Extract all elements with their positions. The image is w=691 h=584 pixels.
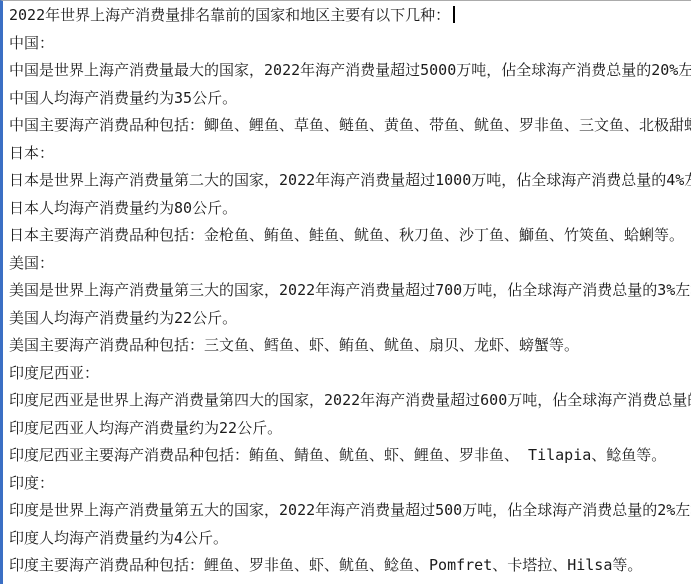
text-line: 日本主要海产消费品种包括：金枪鱼、鲔鱼、鲑鱼、鱿鱼、秋刀鱼、沙丁鱼、鰤鱼、竹筴鱼… (9, 222, 689, 250)
text-line: 美国是世界上海产消费量第三大的国家，2022年海产消费量超过700万吨，佔全球海… (9, 277, 689, 305)
line-text: 印度： (9, 474, 54, 492)
line-text: 中国是世界上海产消费量最大的国家，2022年海产消费量超过5000万吨，佔全球海… (9, 61, 691, 79)
text-line: 中国是世界上海产消费量最大的国家，2022年海产消费量超过5000万吨，佔全球海… (9, 57, 689, 85)
text-line: 中国： (9, 30, 689, 58)
text-line: 2022年世界上海产消费量排名靠前的国家和地区主要有以下几种： (9, 2, 689, 30)
line-text: 中国： (9, 34, 54, 52)
text-line: 日本是世界上海产消费量第二大的国家，2022年海产消费量超过1000万吨，佔全球… (9, 167, 689, 195)
line-text: 印度尼西亚是世界上海产消费量第四大的国家，2022年海产消费量超过600万吨，佔… (9, 391, 691, 409)
line-text: 日本是世界上海产消费量第二大的国家，2022年海产消费量超过1000万吨，佔全球… (9, 171, 691, 189)
line-text: 美国： (9, 254, 54, 272)
line-text: 印度尼西亚主要海产消费品种包括：鲔鱼、鲭鱼、鱿鱼、虾、鲤鱼、罗非鱼、 Tilap… (9, 446, 666, 464)
line-text: 印度是世界上海产消费量第五大的国家，2022年海产消费量超过500万吨，佔全球海… (9, 501, 691, 519)
text-line: 印度： (9, 470, 689, 498)
text-line: 日本： (9, 140, 689, 168)
text-line: 中国人均海产消费量约为35公斤。 (9, 85, 689, 113)
line-text: 日本： (9, 144, 54, 162)
line-text: 美国主要海产消费品种包括：三文鱼、鳕鱼、虾、鲔鱼、鱿鱼、扇贝、龙虾、螃蟹等。 (9, 336, 579, 354)
text-line: 日本人均海产消费量约为80公斤。 (9, 195, 689, 223)
line-text: 印度尼西亚人均海产消费量约为22公斤。 (9, 419, 282, 437)
text-line: 印度尼西亚主要海产消费品种包括：鲔鱼、鲭鱼、鱿鱼、虾、鲤鱼、罗非鱼、 Tilap… (9, 442, 689, 470)
text-line: 印度是世界上海产消费量第五大的国家，2022年海产消费量超过500万吨，佔全球海… (9, 497, 689, 525)
text-line: 中国主要海产消费品种包括：鲫鱼、鲤鱼、草鱼、鲢鱼、黄鱼、带鱼、鱿鱼、罗非鱼、三文… (9, 112, 689, 140)
line-text: 印度尼西亚： (9, 364, 99, 382)
line-text: 美国是世界上海产消费量第三大的国家，2022年海产消费量超过700万吨，佔全球海… (9, 281, 691, 299)
text-line: 印度尼西亚是世界上海产消费量第四大的国家，2022年海产消费量超过600万吨，佔… (9, 387, 689, 415)
text-line: 印度主要海产消费品种包括：鲤鱼、罗非鱼、虾、鱿鱼、鲶鱼、Pomfret、卡塔拉、… (9, 552, 689, 580)
text-line: 印度尼西亚人均海产消费量约为22公斤。 (9, 415, 689, 443)
line-text: 印度人均海产消费量约为4公斤。 (9, 529, 228, 547)
line-text: 日本人均海产消费量约为80公斤。 (9, 199, 237, 217)
text-line: 美国人均海产消费量约为22公斤。 (9, 305, 689, 333)
text-cursor (453, 6, 455, 23)
line-text: 2022年世界上海产消费量排名靠前的国家和地区主要有以下几种： (9, 6, 450, 24)
text-line: 美国： (9, 250, 689, 278)
text-editor[interactable]: 2022年世界上海产消费量排名靠前的国家和地区主要有以下几种： 中国： 中国是世… (0, 0, 691, 584)
line-text: 美国人均海产消费量约为22公斤。 (9, 309, 237, 327)
text-line: 印度尼西亚： (9, 360, 689, 388)
text-line: 印度人均海产消费量约为4公斤。 (9, 525, 689, 553)
line-text: 日本主要海产消费品种包括：金枪鱼、鲔鱼、鲑鱼、鱿鱼、秋刀鱼、沙丁鱼、鰤鱼、竹筴鱼… (9, 226, 684, 244)
line-text: 印度主要海产消费品种包括：鲤鱼、罗非鱼、虾、鱿鱼、鲶鱼、Pomfret、卡塔拉、… (9, 556, 642, 574)
line-text: 中国人均海产消费量约为35公斤。 (9, 89, 237, 107)
text-line: 美国主要海产消费品种包括：三文鱼、鳕鱼、虾、鲔鱼、鱿鱼、扇贝、龙虾、螃蟹等。 (9, 332, 689, 360)
line-text: 中国主要海产消费品种包括：鲫鱼、鲤鱼、草鱼、鲢鱼、黄鱼、带鱼、鱿鱼、罗非鱼、三文… (9, 116, 691, 134)
